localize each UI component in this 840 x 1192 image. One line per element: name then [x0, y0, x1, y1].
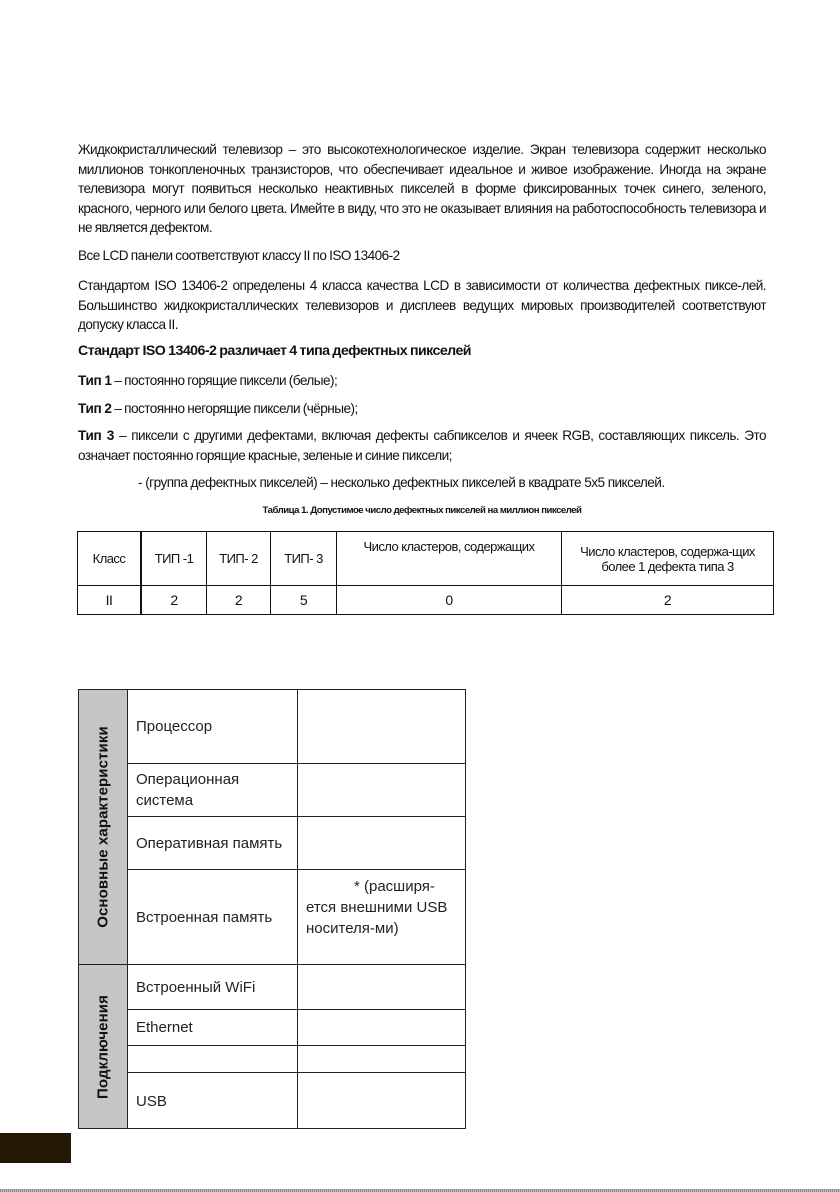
- section-label: Основные характеристики: [79, 690, 128, 964]
- spec-key-storage: Встроенная память: [128, 870, 298, 964]
- class-statement: Все LCD панели соответствуют классу II п…: [78, 246, 766, 266]
- spec-value: [298, 690, 465, 763]
- spec-value: [298, 1073, 465, 1128]
- spec-key-wifi: Встроенный WiFi: [128, 965, 298, 1009]
- cell-type-1: 2: [141, 586, 207, 615]
- section-connections: Подключения Встроенный WiFi Ethernet USB: [78, 964, 466, 1129]
- types-heading: Стандарт ISO 13406-2 различает 4 типа де…: [78, 342, 766, 362]
- spec-value: [298, 1010, 465, 1045]
- spec-row: Оперативная память: [128, 816, 465, 869]
- spec-row: [128, 1045, 465, 1072]
- cell-clusters-type3: 2: [562, 586, 774, 615]
- spec-key-ram: Оперативная память: [128, 817, 298, 869]
- spec-value: [298, 764, 465, 816]
- header-class: Класс: [78, 532, 142, 586]
- spec-row: Встроенная память * (расширя-ется внешни…: [128, 869, 465, 964]
- table-row: II 2 2 5 0 2: [78, 586, 774, 615]
- spec-key-empty: [128, 1046, 298, 1072]
- type-2-label: Тип 2: [78, 401, 112, 416]
- type-3-text: пиксели с другими дефектами, включая деф…: [78, 428, 766, 463]
- spec-row: Операционная система: [128, 763, 465, 816]
- type-1-text: постоянно горящие пиксели (белые);: [124, 373, 337, 388]
- page-tab-marker: [0, 1133, 71, 1163]
- spec-value: [298, 817, 465, 869]
- spec-key-usb: USB: [128, 1073, 298, 1128]
- spec-table: Основные характеристики Процессор Операц…: [78, 689, 466, 1129]
- intro-paragraph: Жидкокристаллический телевизор – это выс…: [78, 140, 766, 238]
- type-3-line: Тип 3 – пиксели с другими дефектами, вкл…: [78, 426, 766, 465]
- header-clusters: Число кластеров, содержащих: [337, 532, 562, 586]
- spec-key-ethernet: Ethernet: [128, 1010, 298, 1045]
- header-clusters-type3: Число кластеров, содержа-щих более 1 деф…: [562, 532, 774, 586]
- type-1-label: Тип 1: [78, 373, 112, 388]
- table-caption: Таблица 1. Допустимое число дефектных пи…: [78, 505, 766, 516]
- section-main-specs: Основные характеристики Процессор Операц…: [78, 689, 466, 964]
- spec-value-storage: * (расширя-ется внешними USB носителя-ми…: [298, 870, 465, 964]
- type-2-text: постоянно негорящие пиксели (чёрные);: [124, 401, 358, 416]
- spec-row: Ethernet: [128, 1009, 465, 1045]
- header-type-3: ТИП- 3: [271, 532, 337, 586]
- table-header-row: Класс ТИП -1 ТИП- 2 ТИП- 3 Число кластер…: [78, 532, 774, 586]
- standard-paragraph: Стандартом ISO 13406-2 определены 4 клас…: [78, 276, 766, 335]
- header-type-2: ТИП- 2: [207, 532, 271, 586]
- cell-type-2: 2: [207, 586, 271, 615]
- type-1-line: Тип 1 – постоянно горящие пиксели (белые…: [78, 371, 766, 391]
- spec-row: USB: [128, 1072, 465, 1128]
- section-label: Подключения: [79, 965, 128, 1128]
- cell-class: II: [78, 586, 142, 615]
- spec-key-os: Операционная система: [128, 764, 298, 816]
- cluster-definition: - (группа дефектных пикселей) – нескольк…: [138, 473, 778, 493]
- header-type-1: ТИП -1: [141, 532, 207, 586]
- spec-row: Процессор: [128, 690, 465, 763]
- spec-key-processor: Процессор: [128, 690, 298, 763]
- defects-table: Класс ТИП -1 ТИП- 2 ТИП- 3 Число кластер…: [77, 531, 774, 615]
- cell-type-3: 5: [271, 586, 337, 615]
- type-3-label: Тип 3: [78, 428, 114, 443]
- spec-value: [298, 1046, 465, 1072]
- spec-value: [298, 965, 465, 1009]
- spec-row: Встроенный WiFi: [128, 965, 465, 1009]
- cell-clusters: 0: [337, 586, 562, 615]
- type-2-line: Тип 2 – постоянно негорящие пиксели (чёр…: [78, 399, 766, 419]
